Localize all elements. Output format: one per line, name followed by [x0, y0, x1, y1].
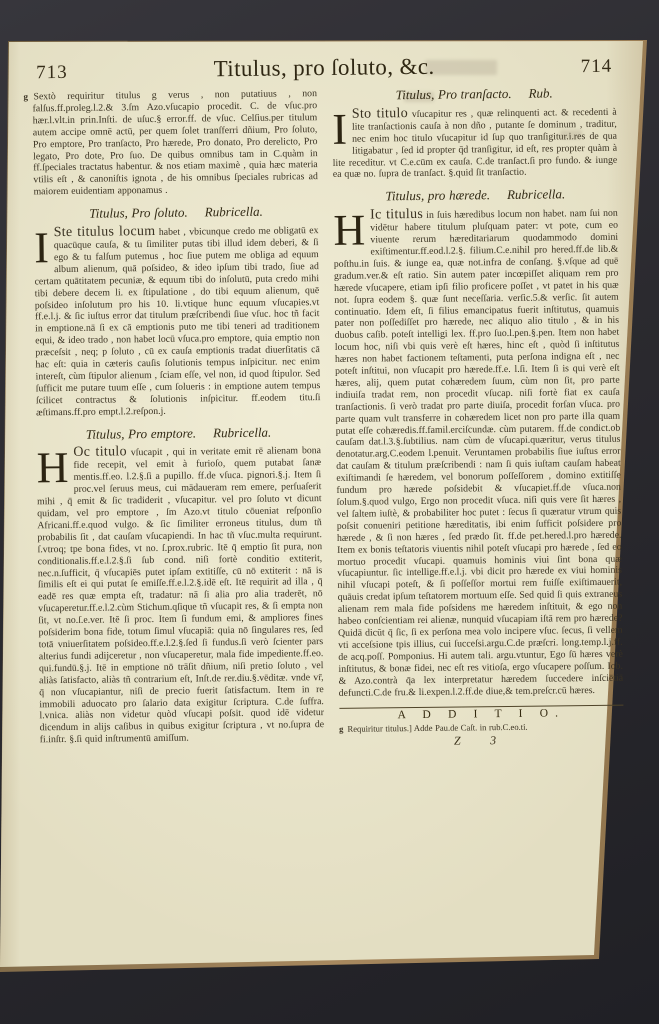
rubric-title: Titulus, Pro tranſacto.	[396, 88, 512, 101]
page-header: 713 Titulus, pro ſoluto, &c. 714	[36, 52, 612, 85]
right-column: Titulus, Pro tranſacto. Rub. ISto titulo…	[332, 83, 624, 749]
rubric-label: Rubricella.	[205, 206, 263, 219]
text-columns: gSextò requiritur titulus g verus , non …	[32, 83, 623, 752]
running-title: Titulus, pro ſoluto, &c.	[98, 52, 550, 83]
rubric-label: Rubricella.	[507, 189, 565, 202]
dropcap-initial: I	[34, 230, 49, 266]
footnote-mark-g: g	[23, 91, 24, 103]
paragraph-pro-haerede: HIc titulus in ſuis hæredibus locum non …	[333, 207, 623, 699]
rubric-title: Titulus, Pro emptore.	[86, 427, 196, 440]
paragraph-text: habet , vbicunque credo me obligatū ex q…	[34, 225, 320, 418]
paragraph-incipit: Oc titulo	[73, 445, 127, 461]
intro-paragraph: gSextò requiritur titulus g verus , non …	[32, 88, 318, 198]
dropcap-initial: I	[332, 112, 347, 148]
rubric-pro-transacto: Titulus, Pro tranſacto. Rub.	[332, 87, 617, 102]
paragraph-incipit: Ic titulus	[370, 207, 423, 223]
dropcap-initial: H	[36, 450, 68, 486]
rubric-pro-haerede: Titulus, pro hærede. Rubricella.	[333, 188, 618, 203]
paragraph-incipit: Sto titulo	[352, 106, 408, 122]
page-content: 713 Titulus, pro ſoluto, &c. 714 gSextò …	[32, 50, 624, 752]
paragraph-text: vſucapit , qui in veritate emit rē alien…	[37, 446, 324, 746]
rubric-label: Rubricella.	[213, 426, 271, 439]
dropcap-initial: H	[333, 213, 365, 249]
page-number-left: 713	[36, 62, 98, 85]
rubric-label: Rub.	[528, 87, 552, 99]
paragraph-pro-emptore: HOc titulo vſucapit , qui in veritate em…	[36, 445, 324, 747]
footnote-mark-g: g	[339, 724, 343, 734]
rubric-pro-soluto: Titulus, Pro ſoluto. Rubricella.	[34, 205, 319, 220]
rubric-title: Titulus, Pro ſoluto.	[89, 207, 188, 220]
additio-section: A D D I T I O. gRequiritur titulus.] Add…	[339, 705, 624, 749]
paragraph-incipit: Ste titulus locum	[54, 224, 156, 240]
intro-text: Sextò requiritur titulus g verus , non p…	[33, 88, 318, 197]
paragraph-pro-transacto: ISto titulo vſucapitur res , quæ relinqu…	[332, 106, 617, 182]
scan-background: 713 Titulus, pro ſoluto, &c. 714 gSextò …	[0, 0, 659, 1024]
paragraph-text: in ſuis hæredibus locum non habet. nam ſ…	[334, 208, 623, 698]
paragraph-pro-soluto: ISte titulus locum habet , vbicunque cre…	[34, 224, 321, 419]
page-number-right: 714	[550, 56, 612, 79]
rubric-pro-emptore: Titulus, Pro emptore. Rubricella.	[36, 426, 321, 441]
left-column: gSextò requiritur titulus g verus , non …	[32, 86, 324, 752]
rubric-title: Titulus, pro hærede.	[385, 189, 490, 202]
